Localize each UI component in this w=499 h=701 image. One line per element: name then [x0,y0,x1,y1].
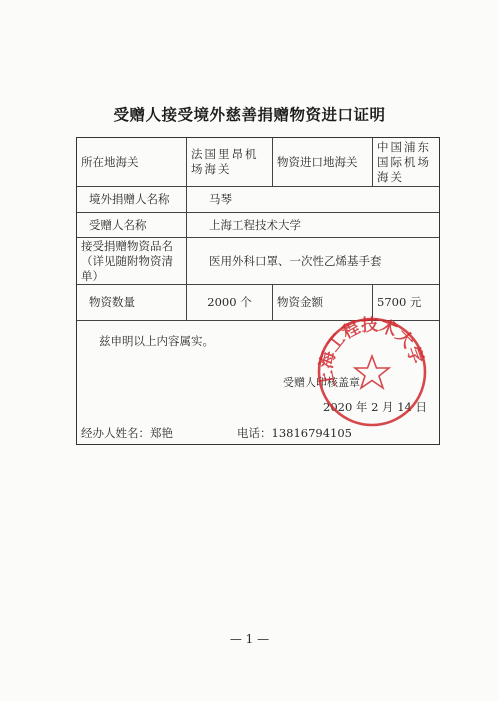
label-donor: 境外捐赠人名称 [77,187,187,212]
table-row-goods: 接受捐赠物资品名（详见随附物资清单） 医用外科口罩、一次性乙烯基手套 [77,238,439,285]
table-row-quantity: 物资数量 2000 个 物资金额 5700 元 [77,285,439,321]
value-quantity: 2000 个 [187,285,273,320]
declaration-block: 兹申明以上内容属实。 受赠人印核盖章 2020 年 2 月 14 日 经办人姓名… [77,321,439,444]
page-number: — 1 — [0,632,499,646]
certificate-table: 所在地海关 法国里昂机场海关 物资进口地海关 中国浦东国际机场海关 境外捐赠人名… [76,137,440,445]
label-goods: 接受捐赠物资品名（详见随附物资清单） [77,238,187,284]
value-local-customs: 法国里昂机场海关 [187,138,273,186]
table-row-recipient: 受赠人名称 上海工程技术大学 [77,213,439,238]
label-import-customs: 物资进口地海关 [273,138,373,186]
value-goods: 医用外科口罩、一次性乙烯基手套 [187,238,439,284]
value-donor: 马琴 [187,187,439,212]
value-recipient: 上海工程技术大学 [187,213,439,237]
value-amount: 5700 元 [373,285,439,320]
handler-name: 经办人姓名：郑艳 [81,425,173,441]
label-quantity: 物资数量 [77,285,187,320]
table-row-donor: 境外捐赠人名称 马琴 [77,187,439,213]
document-title: 受赠人接受境外慈善捐赠物资进口证明 [0,103,499,125]
table-row-customs: 所在地海关 法国里昂机场海关 物资进口地海关 中国浦东国际机场海关 [77,138,439,187]
label-amount: 物资金额 [273,285,373,320]
signature-label: 受赠人印核盖章 [283,374,360,390]
declaration-text: 兹申明以上内容属实。 [99,333,214,349]
handler-phone: 电话：13816794105 [237,425,352,441]
label-recipient: 受赠人名称 [77,213,187,237]
date-text: 2020 年 2 月 14 日 [323,399,427,415]
label-local-customs: 所在地海关 [77,138,187,186]
value-import-customs: 中国浦东国际机场海关 [373,138,439,186]
